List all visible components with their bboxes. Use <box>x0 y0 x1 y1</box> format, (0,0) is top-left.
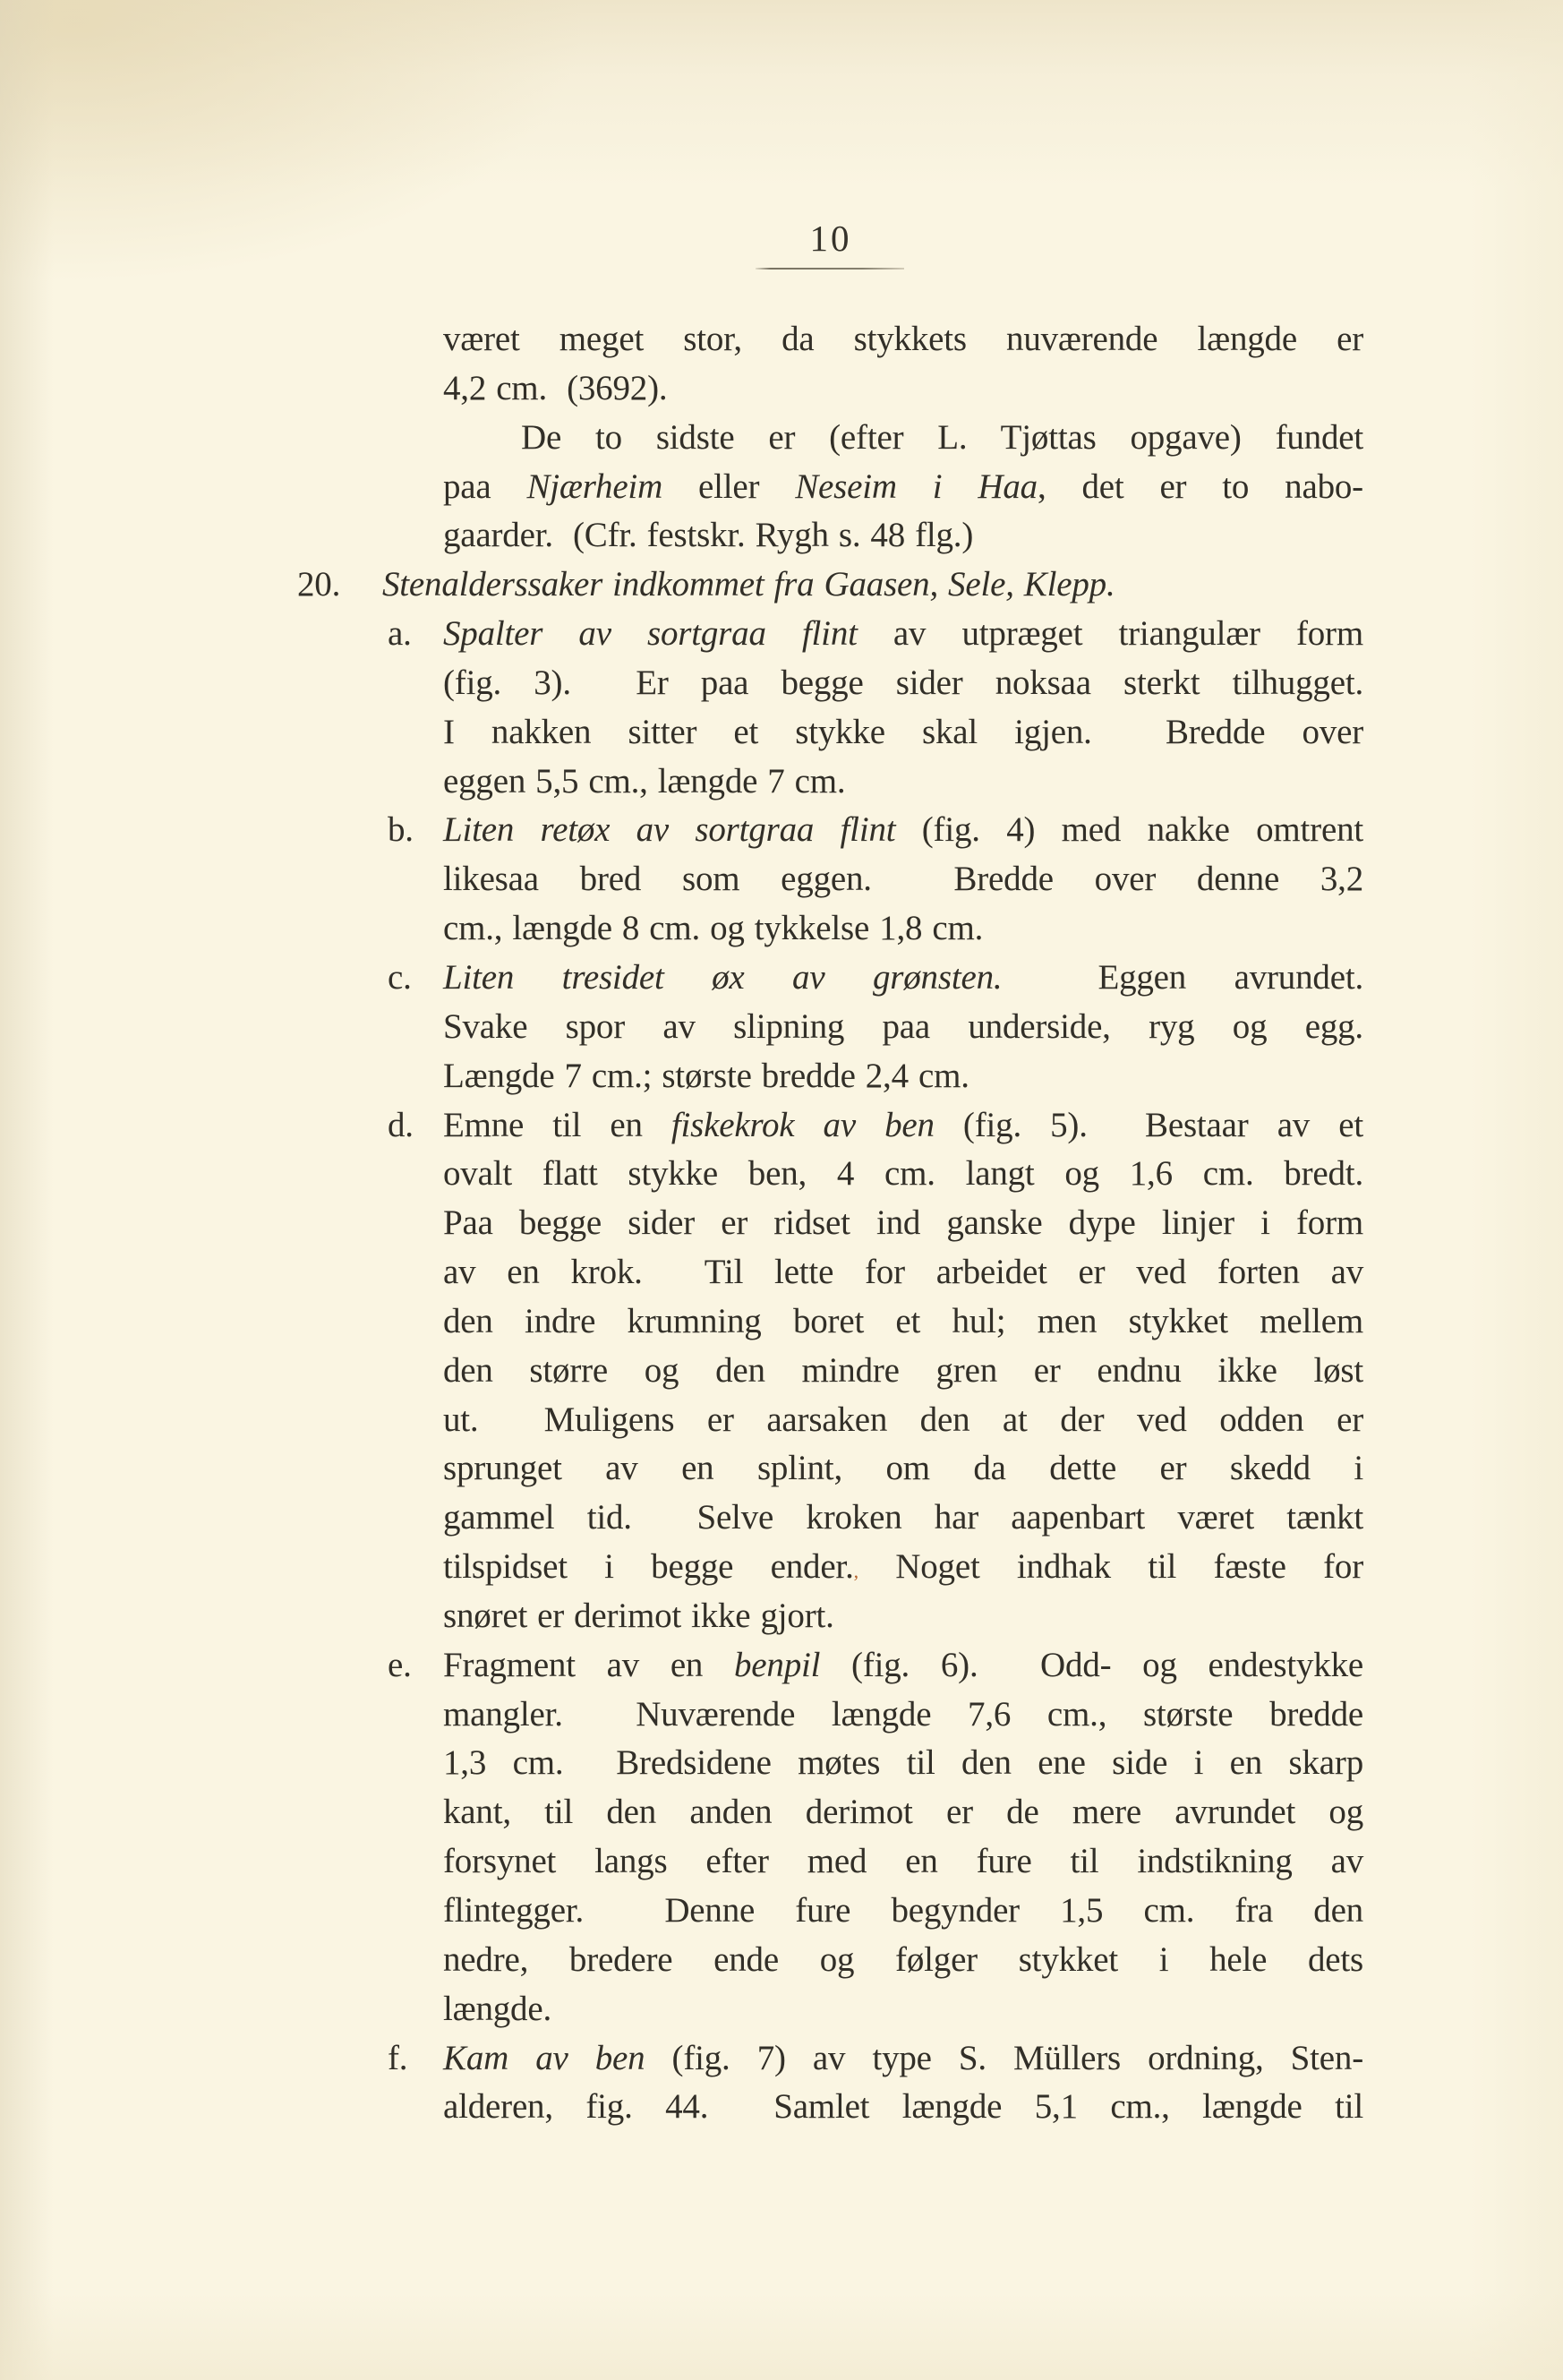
text-segment: Længde 7 cm.; største bredde 2,4 cm. <box>443 1057 969 1095</box>
text-segment: De to sidste er (efter L. Tjøttas opgave… <box>521 418 1363 457</box>
text-segment: 1,3 cm. Bredsidene møtes til den ene sid… <box>443 1743 1363 1782</box>
text-segment: alderen, fig. 44. Samlet længde 5,1 cm.,… <box>443 2087 1363 2126</box>
text-segment-italic: Liten tresidet øx av grønsten. <box>443 958 1002 997</box>
text-segment: ovalt flatt stykke ben, 4 cm. langt og 1… <box>443 1154 1363 1193</box>
text-segment: ut. Muligens er aarsaken den at der ved … <box>443 1400 1363 1439</box>
text-segment-italic: Kam av ben <box>443 2039 645 2077</box>
text-segment: I nakken sitter et stykke skal igjen. Br… <box>443 713 1363 751</box>
page-number: 10 <box>756 217 905 260</box>
text-segment: gaarder. (Cfr. festskr. Rygh s. 48 flg.) <box>443 516 973 554</box>
text-segment: Paa begge sider er ridset ind ganske dyp… <box>443 1203 1363 1242</box>
text-segment: den indre krumning boret et hul; men sty… <box>443 1302 1363 1340</box>
text-segment: Svake spor av slipning paa underside, ry… <box>443 1007 1363 1046</box>
subitem-line-a: a.Spalter av sortgraa flint av utpræget … <box>443 610 1363 659</box>
text-line: gammel tid. Selve kroken har aapenbart v… <box>443 1494 1363 1543</box>
subitem-letter-a: a. <box>388 610 412 659</box>
text-segment-italic: Spalter av sortgraa flint <box>443 614 858 653</box>
text-segment: eller <box>662 467 795 506</box>
text-segment: , det er to nabo- <box>1038 467 1363 506</box>
subitem-letter-f: f. <box>388 2034 407 2084</box>
text-line: sprunget av en splint, om da dette er sk… <box>443 1444 1363 1494</box>
text-segment: Fragment av en <box>443 1646 734 1684</box>
text-segment: den større og den mindre gren er endnu i… <box>443 1351 1363 1390</box>
text-segment: nedre, bredere ende og følger stykket i … <box>443 1940 1363 1979</box>
text-segment: paa <box>443 467 526 506</box>
text-segment: været meget stor, da stykkets nuværende … <box>443 320 1363 358</box>
text-line: gaarder. (Cfr. festskr. Rygh s. 48 flg.) <box>443 511 1363 561</box>
text-line: paa Njærheim eller Neseim i Haa, det er … <box>443 463 1363 512</box>
text-segment: eggen 5,5 cm., længde 7 cm. <box>443 762 845 800</box>
text-segment: mangler. Nuværende længde 7,6 cm., størs… <box>443 1695 1363 1734</box>
entry-heading-line: 20.Stenalderssaker indkommet fra Gaasen,… <box>382 561 1363 610</box>
text-segment-italic: benpil <box>734 1646 820 1684</box>
text-line: den større og den mindre gren er endnu i… <box>443 1347 1363 1396</box>
text-line: De to sidste er (efter L. Tjøttas opgave… <box>443 414 1363 463</box>
text-segment: (fig. 3). Er paa begge sider noksaa ster… <box>443 663 1363 702</box>
text-segment: (fig. 4) med nakke omtrent <box>895 810 1363 849</box>
text-segment-italic: Liten retøx av sortgraa flint <box>443 810 895 849</box>
text-line: alderen, fig. 44. Samlet længde 5,1 cm.,… <box>443 2083 1363 2132</box>
text-line: 4,2 cm. (3692). <box>443 364 1363 414</box>
text-line: ovalt flatt stykke ben, 4 cm. langt og 1… <box>443 1150 1363 1199</box>
text-line: flintegger. Denne fure begynder 1,5 cm. … <box>443 1887 1363 1936</box>
text-line: tilspidset i begge ender., Noget indhak … <box>443 1543 1363 1592</box>
text-segment-italic: fiskekrok av ben <box>671 1106 935 1144</box>
text-line: eggen 5,5 cm., længde 7 cm. <box>443 758 1363 807</box>
subitem-letter-b: b. <box>388 806 414 855</box>
text-line: Paa begge sider er ridset ind ganske dyp… <box>443 1199 1363 1248</box>
text-segment: kant, til den anden derimot er de mere a… <box>443 1793 1363 1831</box>
text-line: været meget stor, da stykkets nuværende … <box>443 315 1363 364</box>
text-segment: (fig. 6). Odd- og endestykke <box>820 1646 1363 1684</box>
text-line: ut. Muligens er aarsaken den at der ved … <box>443 1396 1363 1445</box>
text-segment: snøret er derimot ikke gjort. <box>443 1597 834 1635</box>
text-line: likesaa bred som eggen. Bredde over denn… <box>443 855 1363 904</box>
text-line: mangler. Nuværende længde 7,6 cm., størs… <box>443 1691 1363 1740</box>
text-line: Svake spor av slipning paa underside, ry… <box>443 1003 1363 1052</box>
text-segment: cm., længde 8 cm. og tykkelse 1,8 cm. <box>443 909 983 947</box>
subitem-line-c: c.Liten tresidet øx av grønsten. Eggen a… <box>443 954 1363 1003</box>
text-segment: av en krok. Til lette for arbeidet er ve… <box>443 1253 1363 1291</box>
text-line: (fig. 3). Er paa begge sider noksaa ster… <box>443 659 1363 708</box>
subitem-letter-c: c. <box>388 954 412 1003</box>
text-segment: forsynet langs efter med en fure til ind… <box>443 1842 1363 1880</box>
text-segment: tilspidset i begge ender. <box>443 1547 854 1586</box>
text-segment: sprunget av en splint, om da dette er sk… <box>443 1449 1363 1487</box>
subitem-line-f: f.Kam av ben (fig. 7) av type S. Müllers… <box>443 2034 1363 2084</box>
text-segment: 4,2 cm. (3692). <box>443 369 667 407</box>
text-segment: likesaa bred som eggen. Bredde over denn… <box>443 860 1363 898</box>
text-line: kant, til den anden derimot er de mere a… <box>443 1788 1363 1837</box>
text-line: den indre krumning boret et hul; men sty… <box>443 1297 1363 1347</box>
text-line: I nakken sitter et stykke skal igjen. Br… <box>443 708 1363 758</box>
text-segment: Noget indhak til fæste for <box>858 1547 1363 1586</box>
text-segment: (fig. 5). Bestaar av et <box>935 1106 1363 1144</box>
text-line: av en krok. Til lette for arbeidet er ve… <box>443 1248 1363 1297</box>
text-segment-italic: Neseim i Haa <box>795 467 1038 506</box>
subitem-line-e: e.Fragment av en benpil (fig. 6). Odd- o… <box>443 1641 1363 1691</box>
text-line: Længde 7 cm.; største bredde 2,4 cm. <box>443 1052 1363 1101</box>
text-line: nedre, bredere ende og følger stykket i … <box>443 1936 1363 1985</box>
subitem-letter-e: e. <box>388 1641 412 1691</box>
subitem-line-d: d.Emne til en fiskekrok av ben (fig. 5).… <box>443 1101 1363 1151</box>
paper-aging-top <box>0 0 1563 188</box>
entry-number: 20. <box>297 561 340 610</box>
text-line: snøret er derimot ikke gjort. <box>443 1592 1363 1641</box>
text-block: været meget stor, da stykkets nuværende … <box>443 315 1363 2132</box>
paper-aging-top-left <box>0 0 627 304</box>
text-segment: gammel tid. Selve kroken har aapenbart v… <box>443 1498 1363 1537</box>
subitem-letter-d: d. <box>388 1101 414 1151</box>
text-segment: Emne til en <box>443 1106 671 1144</box>
page-number-rule <box>756 268 904 270</box>
text-segment: flintegger. Denne fure begynder 1,5 cm. … <box>443 1891 1363 1930</box>
text-line: længde. <box>443 1985 1363 2034</box>
text-segment-italic: Njærheim <box>526 467 662 506</box>
text-segment: (fig. 7) av type S. Müllers ordning, Ste… <box>645 2039 1363 2077</box>
entry-title: Stenalderssaker indkommet fra Gaasen, Se… <box>382 565 1115 604</box>
text-line: cm., længde 8 cm. og tykkelse 1,8 cm. <box>443 904 1363 954</box>
paper-aging-right-edge <box>1468 0 1563 2380</box>
subitem-line-b: b.Liten retøx av sortgraa flint (fig. 4)… <box>443 806 1363 855</box>
text-line: 1,3 cm. Bredsidene møtes til den ene sid… <box>443 1739 1363 1788</box>
text-segment: længde. <box>443 1990 551 2028</box>
text-segment: Eggen avrundet. <box>1002 958 1363 997</box>
text-line: forsynet langs efter med en fure til ind… <box>443 1837 1363 1887</box>
text-segment: av utpræget triangulær form <box>858 614 1363 653</box>
paper-aging-bottom <box>0 2292 1563 2380</box>
paper-aging-left-edge <box>0 0 54 2380</box>
